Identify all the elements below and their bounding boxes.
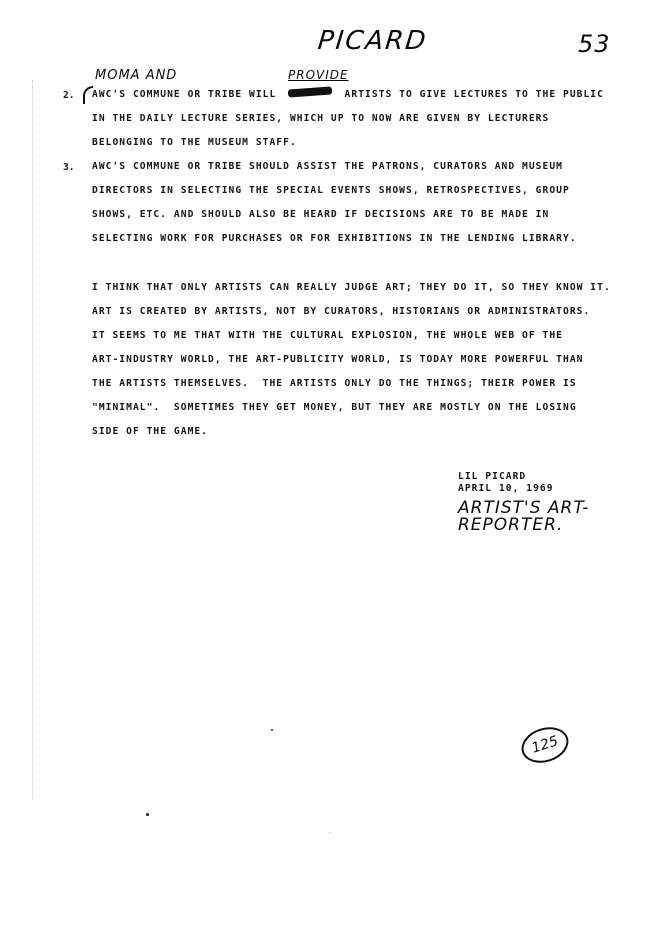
item-2-line-2: IN THE DAILY LECTURE SERIES, WHICH UP TO… xyxy=(92,114,549,124)
annotation-insert-right: PROVIDE xyxy=(288,68,349,82)
item-number: 2. xyxy=(63,90,75,101)
item-number: 3. xyxy=(63,162,75,173)
signature-name: LIL PICARD xyxy=(458,472,526,482)
item-3-line-4: SELECTING WORK FOR PURCHASES OR FOR EXHI… xyxy=(92,234,577,244)
paragraph-line-3: IT SEEMS TO ME THAT WITH THE CULTURAL EX… xyxy=(92,331,563,341)
binding-margin-line xyxy=(32,80,33,800)
circled-page-number-text: 125 xyxy=(530,733,560,756)
handwritten-page-number: 53 xyxy=(578,30,611,58)
signature-date: APRIL 10, 1969 xyxy=(458,484,554,494)
item-3-line-3: SHOWS, ETC. AND SHOULD ALSO BE HEARD IF … xyxy=(92,210,549,220)
paragraph-line-6: "MINIMAL". SOMETIMES THEY GET MONEY, BUT… xyxy=(92,403,577,413)
item-2-line-3: BELONGING TO THE MUSEUM STAFF. xyxy=(92,138,297,148)
annotation-insert-left: MOMA AND xyxy=(95,68,177,83)
item-3-line-2: DIRECTORS IN SELECTING THE SPECIAL EVENT… xyxy=(92,186,570,196)
scan-speck xyxy=(330,832,331,833)
item-2-line-1: AWC'S COMMUNE OR TRIBE WILL ARTISTS TO G… xyxy=(92,90,604,100)
signature-handwritten-line-2: REPORTER. xyxy=(458,515,563,535)
paragraph-line-5: THE ARTISTS THEMSELVES. THE ARTISTS ONLY… xyxy=(92,379,577,389)
paragraph-line-1: I THINK THAT ONLY ARTISTS CAN REALLY JUD… xyxy=(92,283,611,293)
paragraph-line-4: ART-INDUSTRY WORLD, THE ART-PUBLICITY WO… xyxy=(92,355,583,365)
circled-page-number: 125 xyxy=(517,721,573,768)
paragraph-line-2: ART IS CREATED BY ARTISTS, NOT BY CURATO… xyxy=(92,307,590,317)
paragraph-line-7: SIDE OF THE GAME. xyxy=(92,427,208,437)
item-3-line-1: AWC'S COMMUNE OR TRIBE SHOULD ASSIST THE… xyxy=(92,162,563,172)
scan-speck xyxy=(271,729,273,731)
handwritten-title: PICARD xyxy=(316,26,429,56)
document-page: PICARD 53 MOMA AND PROVIDE 2. AWC'S COMM… xyxy=(0,0,650,932)
scan-speck xyxy=(146,813,149,816)
